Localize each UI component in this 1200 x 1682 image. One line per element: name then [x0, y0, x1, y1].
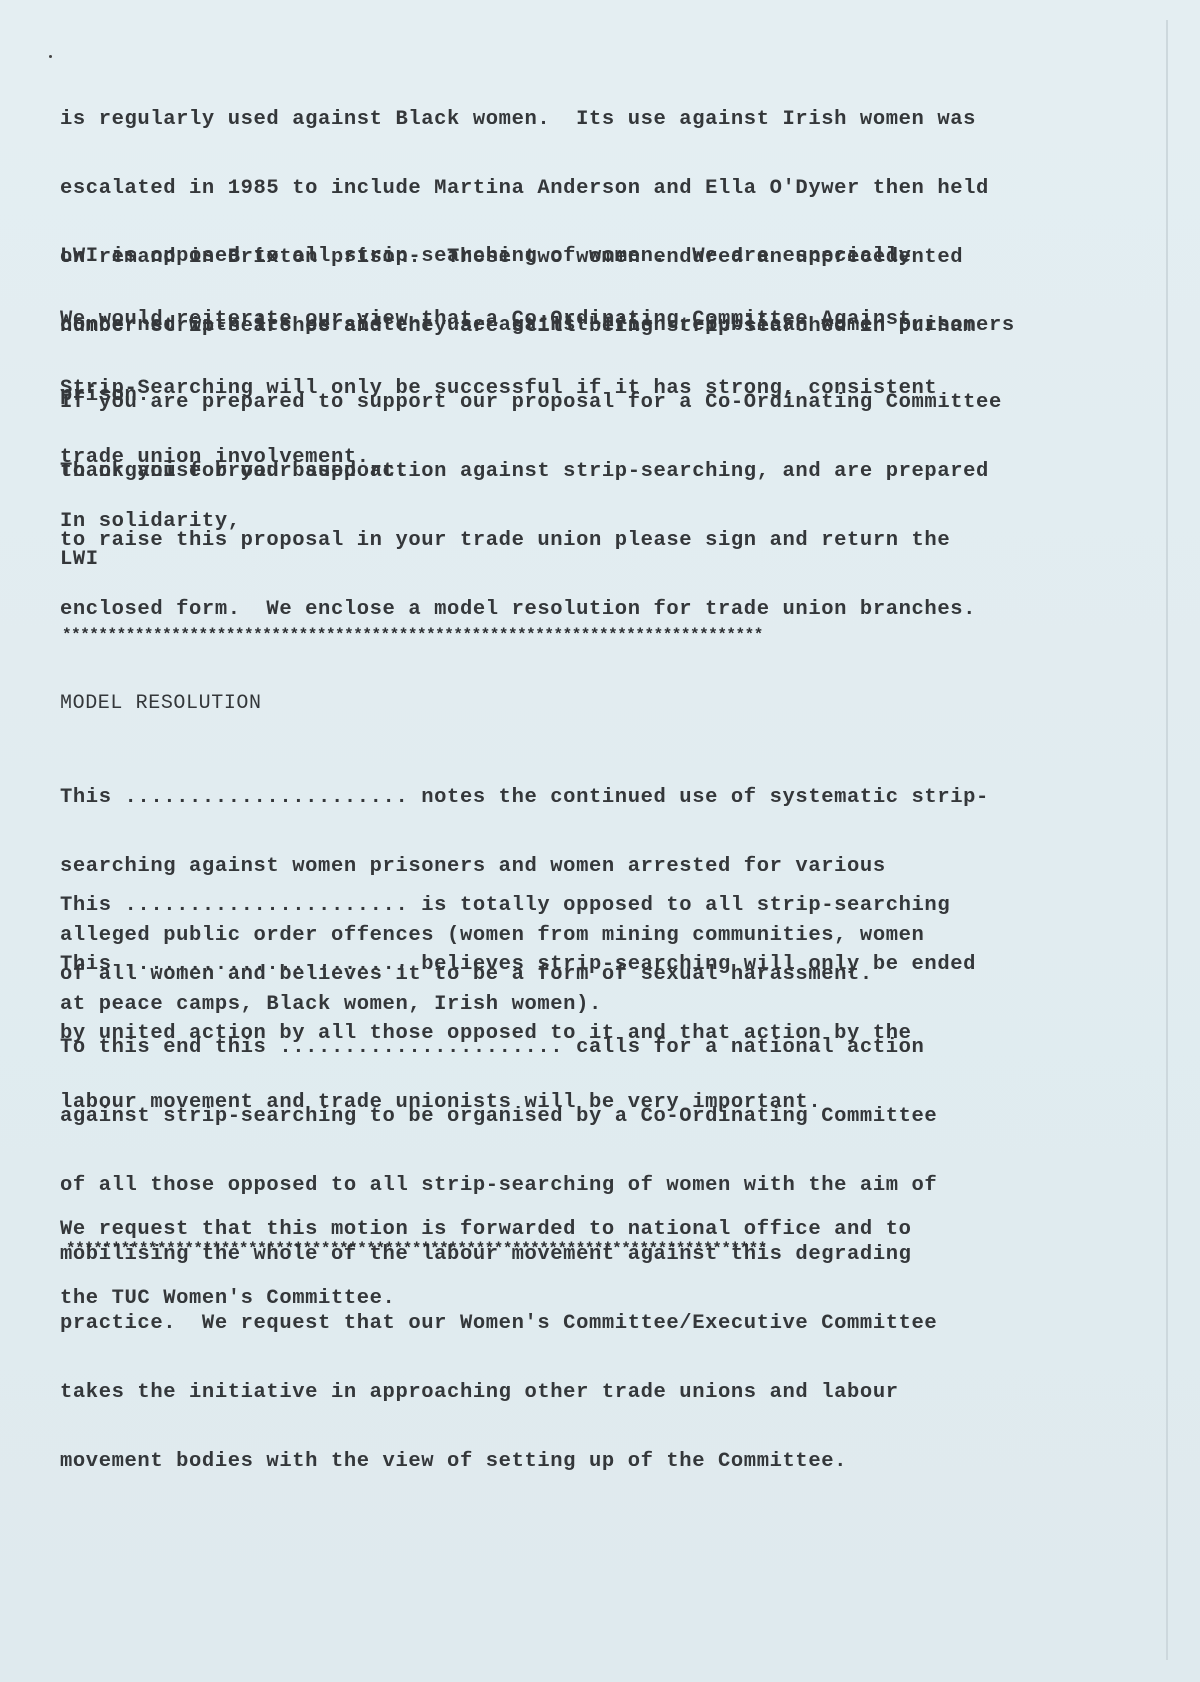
paragraph-support-proposal: If you are prepared to support our propo…: [60, 345, 1002, 667]
line: the TUC Women's Committee.: [60, 1287, 912, 1310]
signature: LWI: [60, 548, 99, 571]
separator-bottom: ****************************************…: [66, 1240, 1161, 1258]
line: is regularly used against Black women. I…: [60, 108, 989, 131]
line: This ...................... notes the co…: [60, 786, 989, 809]
page-edge-line: [1166, 20, 1168, 1660]
model-resolution-heading: MODEL RESOLUTION: [60, 692, 262, 715]
line: against strip-searching to be organised …: [60, 1105, 937, 1128]
typewritten-page: is regularly used against Black women. I…: [0, 0, 1200, 1682]
resolution-paragraph-forward-motion: We request that this motion is forwarded…: [60, 1172, 912, 1356]
line: To this end this ...................... …: [60, 1036, 937, 1059]
line: We would reiterate our view that a Co-Or…: [60, 308, 937, 331]
thanks-line: Thank you for your support.: [60, 460, 408, 483]
line: If you are prepared to support our propo…: [60, 391, 1002, 414]
line: This ...................... believes str…: [60, 953, 976, 976]
line: We request that this motion is forwarded…: [60, 1218, 912, 1241]
line: escalated in 1985 to include Martina And…: [60, 177, 989, 200]
closing-line: In solidarity,: [60, 510, 241, 533]
line: movement bodies with the view of setting…: [60, 1450, 937, 1473]
stray-ink-mark: [49, 55, 52, 58]
separator-top: ****************************************…: [62, 626, 1157, 644]
line: takes the initiative in approaching othe…: [60, 1381, 937, 1404]
line: enclosed form. We enclose a model resolu…: [60, 598, 1002, 621]
